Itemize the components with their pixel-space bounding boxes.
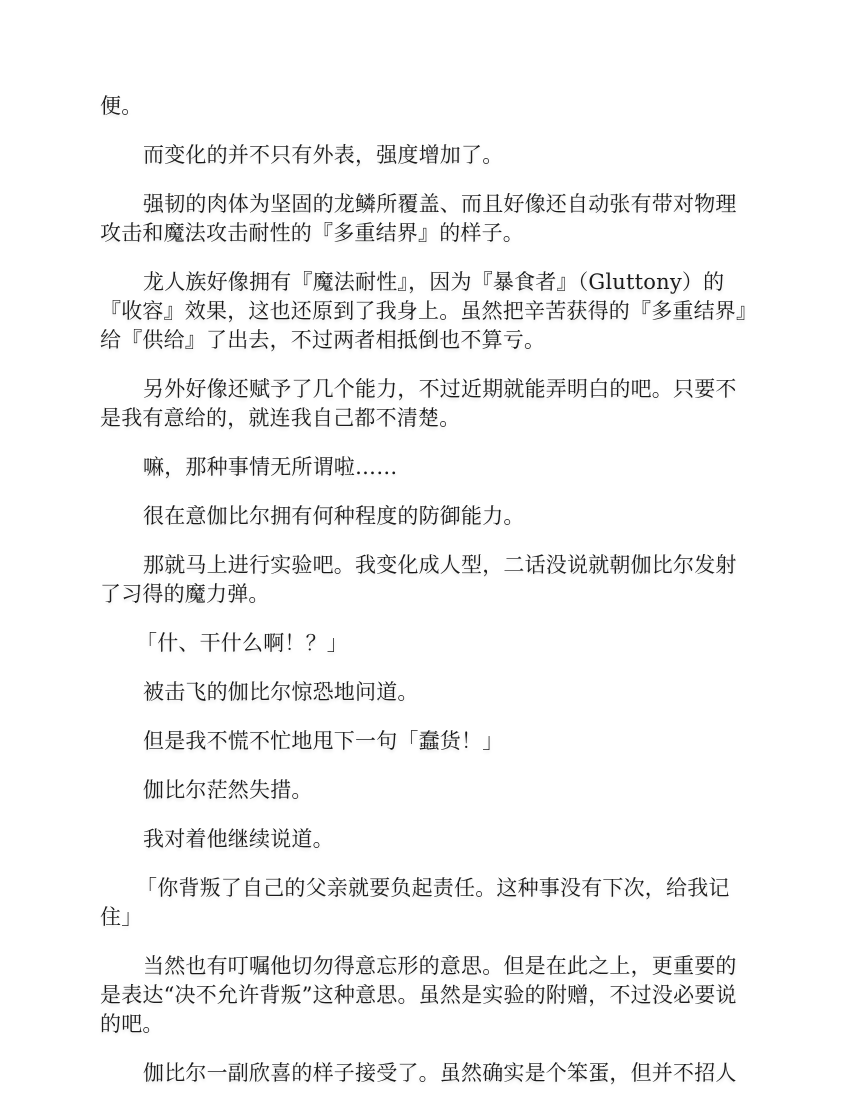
paragraph: 但是我不慌不忙地甩下一句「蠢货！」	[100, 727, 748, 756]
paragraph: 伽比尔茫然失措。	[100, 776, 748, 805]
paragraph: 便。	[100, 92, 748, 121]
paragraph: 而变化的并不只有外表，强度增加了。	[100, 141, 748, 170]
paragraph: 我对着他继续说道。	[100, 825, 748, 854]
paragraph: 被击飞的伽比尔惊恐地问道。	[100, 678, 748, 707]
dialogue-paragraph: 「什、干什么啊！？」	[100, 629, 748, 658]
paragraph: 那就马上进行实验吧。我变化成人型，二话没说就朝伽比尔发射了习得的魔力弹。	[100, 551, 748, 609]
document-page: 便。 而变化的并不只有外表，强度增加了。 强韧的肉体为坚固的龙鳞所覆盖、而且好像…	[100, 92, 748, 1100]
paragraph: 嘛，那种事情无所谓啦……	[100, 453, 748, 482]
paragraph: 龙人族好像拥有『魔法耐性』，因为『暴食者』（Gluttony）的『收容』效果，这…	[100, 268, 748, 355]
paragraph: 伽比尔一副欣喜的样子接受了。虽然确实是个笨蛋，但并不招人	[100, 1059, 748, 1088]
paragraph: 很在意伽比尔拥有何种程度的防御能力。	[100, 502, 748, 531]
paragraph: 强韧的肉体为坚固的龙鳞所覆盖、而且好像还自动张有带对物理攻击和魔法攻击耐性的『多…	[100, 190, 748, 248]
paragraph: 另外好像还赋予了几个能力，不过近期就能弄明白的吧。只要不是我有意给的，就连我自己…	[100, 375, 748, 433]
dialogue-paragraph: 「你背叛了自己的父亲就要负起责任。这种事没有下次，给我记住」	[100, 874, 748, 932]
paragraph: 当然也有叮嘱他切勿得意忘形的意思。但是在此之上，更重要的是表达“决不允许背叛”这…	[100, 952, 748, 1039]
